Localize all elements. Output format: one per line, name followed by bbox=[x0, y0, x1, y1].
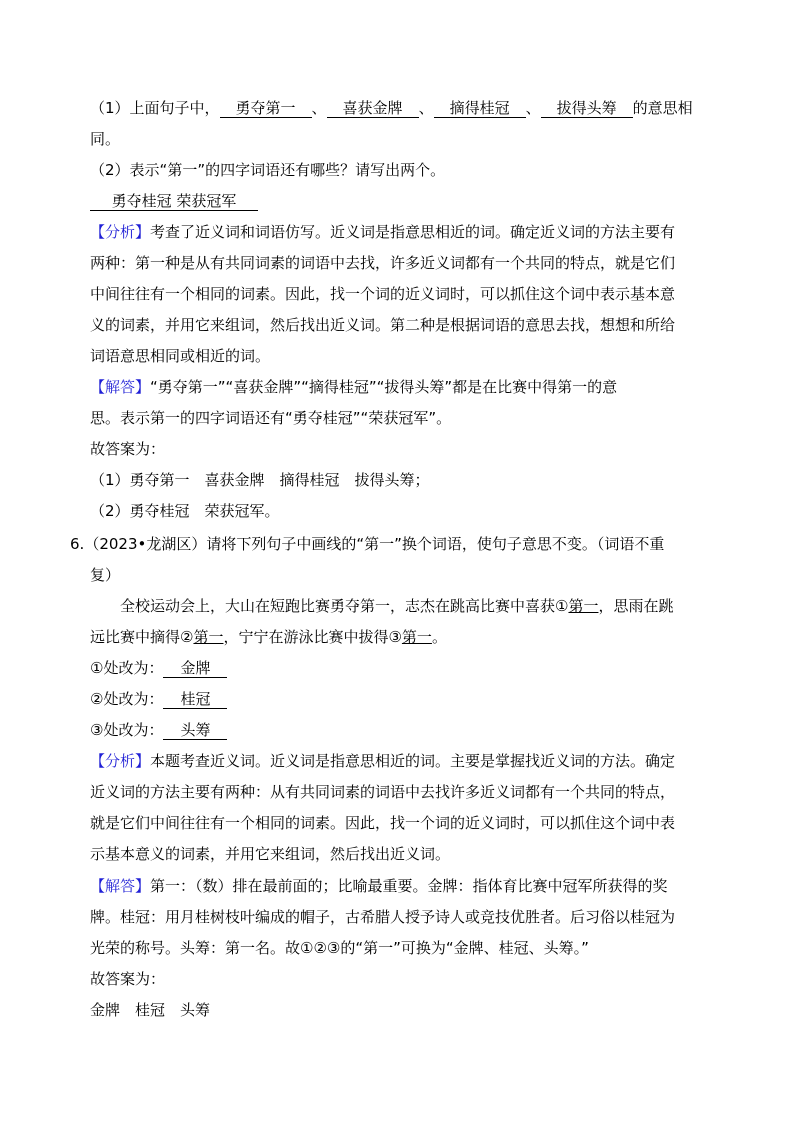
question-text: （2023•龙湖区）请将下列句子中画线的“第一”换个词语，使句子意思不变。（词语… bbox=[84, 535, 664, 553]
blank-label: ③处改为： bbox=[90, 721, 163, 739]
answer-blank: 金牌 bbox=[163, 659, 227, 678]
blank-label: ①处改为： bbox=[90, 659, 163, 677]
answer-blank: 摘得桂冠 bbox=[434, 99, 526, 118]
answer-blank: 拔得头筹 bbox=[541, 99, 633, 118]
analysis-text: 词语意思相同或相近的词。 bbox=[90, 346, 270, 366]
analysis-text: 义的词素，并用它来组词，然后找出近义词。第二种是根据词语的意思去找，想想和所给 bbox=[90, 315, 675, 335]
passage-text: 。 bbox=[432, 628, 447, 646]
underlined-word: 第一 bbox=[568, 597, 598, 615]
answer-blank: 头筹 bbox=[163, 721, 227, 740]
q6-analysis-line: 【分析】本题考查近义词。近义词是指意思相近的词。主要是掌握找近义词的方法。确定 bbox=[90, 751, 675, 771]
answer-text: 牌。桂冠：用月桂树枝叶编成的帽子，古希腊人授予诗人或竞技优胜者。后习俗以桂冠为 bbox=[90, 907, 675, 927]
analysis-text: 近义词的方法主要有两种：从有共同词素的词语中去找许多近义词都有一个共同的特点， bbox=[90, 782, 675, 802]
question-text: 复） bbox=[90, 565, 120, 585]
analysis-text: 本题考查近义词。近义词是指意思相近的词。主要是掌握找近义词的方法。确定 bbox=[150, 752, 675, 770]
answer-blank: 勇夺第一 bbox=[220, 99, 312, 118]
question-number: 6. bbox=[70, 535, 84, 553]
q6-question-line: 6.（2023•龙湖区）请将下列句子中画线的“第一”换个词语，使句子意思不变。（… bbox=[70, 534, 664, 554]
q6-answer-line: 【解答】第一：（数）排在最前面的；比喻最重要。金牌：指体育比赛中冠军所获得的奖 bbox=[90, 876, 668, 896]
analysis-tag: 【分析】 bbox=[90, 752, 150, 770]
passage-line: 全校运动会上，大山在短跑比赛勇夺第一，志杰在跳高比赛中喜获①第一，思雨在跳 bbox=[120, 596, 673, 616]
blank-label: ②处改为： bbox=[90, 690, 163, 708]
passage-text: ，宁宁在游泳比赛中拔得③ bbox=[223, 628, 401, 646]
q5-part1-suffix: 的意思相 bbox=[633, 99, 693, 117]
answer-blank: 桂冠 bbox=[163, 690, 227, 709]
q5-answer-line: 【解答】“勇夺第一”“喜获金牌”“摘得桂冠”“拔得头筹”都是在比赛中得第一的意 bbox=[90, 377, 617, 397]
q5-part1-cont: 同。 bbox=[90, 129, 120, 149]
answer-tag: 【解答】 bbox=[90, 378, 150, 396]
analysis-text: 示基本意义的词素，并用它来组词，然后找出近义词。 bbox=[90, 844, 450, 864]
answer-text: 第一：（数）排在最前面的；比喻最重要。金牌：指体育比赛中冠军所获得的奖 bbox=[150, 877, 668, 895]
q5-analysis-line: 【分析】考查了近义词和词语仿写。近义词是指意思相近的词。确定近义词的方法主要有 bbox=[90, 222, 675, 242]
passage-text: 远比赛中摘得② bbox=[90, 628, 193, 646]
passage-text: ，思雨在跳 bbox=[598, 597, 673, 615]
blank-line: ①处改为：金牌 bbox=[90, 658, 227, 678]
analysis-text: 考查了近义词和词语仿写。近义词是指意思相近的词。确定近义词的方法主要有 bbox=[150, 223, 675, 241]
answer-tag: 【解答】 bbox=[90, 877, 150, 895]
final-answer: （2）勇夺桂冠 荣获冠军。 bbox=[90, 501, 280, 521]
separator: 、 bbox=[526, 99, 541, 117]
final-label: 故答案为： bbox=[90, 969, 165, 989]
answer-text: 思。表示第一的四字词语还有“勇夺桂冠”“荣获冠军”。 bbox=[90, 408, 451, 428]
final-label: 故答案为： bbox=[90, 439, 165, 459]
separator: 、 bbox=[312, 99, 327, 117]
document-page: （1）上面句子中，勇夺第一、喜获金牌、摘得桂冠、拔得头筹的意思相 同。 （2）表… bbox=[0, 0, 794, 1123]
answer-blank: 喜获金牌 bbox=[327, 99, 419, 118]
final-answer: （1）勇夺第一 喜获金牌 摘得桂冠 拔得头筹； bbox=[90, 470, 430, 490]
underlined-word: 第一 bbox=[402, 628, 432, 646]
answer-text: 光荣的称号。头筹：第一名。故①②③的“第一”可换为“金牌、桂冠、头筹。” bbox=[90, 938, 589, 958]
passage-line: 远比赛中摘得②第一，宁宁在游泳比赛中拔得③第一。 bbox=[90, 627, 447, 647]
analysis-tag: 【分析】 bbox=[90, 223, 150, 241]
q5-part1-line: （1）上面句子中，勇夺第一、喜获金牌、摘得桂冠、拔得头筹的意思相 bbox=[90, 98, 693, 118]
blank-line: ③处改为：头筹 bbox=[90, 720, 227, 740]
blank-line: ②处改为：桂冠 bbox=[90, 689, 227, 709]
q5-part2-answer-line: 勇夺桂冠 荣获冠军 bbox=[90, 191, 258, 211]
q5-part1-prefix: （1）上面句子中， bbox=[90, 99, 220, 117]
analysis-text: 两种：第一种是从有共同词素的词语中去找，许多近义词都有一个共同的特点，就是它们 bbox=[90, 253, 675, 273]
passage-text: 全校运动会上，大山在短跑比赛勇夺第一，志杰在跳高比赛中喜获① bbox=[120, 597, 568, 615]
separator: 、 bbox=[419, 99, 434, 117]
analysis-text: 就是它们中间往往有一个相同的词素。因此，找一个词的近义词时，可以抓住这个词中表 bbox=[90, 813, 675, 833]
answer-text: “勇夺第一”“喜获金牌”“摘得桂冠”“拔得头筹”都是在比赛中得第一的意 bbox=[150, 378, 617, 396]
analysis-text: 中间往往有一个相同的词素。因此，找一个词的近义词时，可以抓住这个词中表示基本意 bbox=[90, 284, 675, 304]
final-answer: 金牌 桂冠 头筹 bbox=[90, 1000, 210, 1020]
q5-part2-question: （2）表示“第一”的四字词语还有哪些？请写出两个。 bbox=[90, 160, 445, 180]
underlined-word: 第一 bbox=[193, 628, 223, 646]
answer-blank: 勇夺桂冠 荣获冠军 bbox=[90, 192, 258, 211]
